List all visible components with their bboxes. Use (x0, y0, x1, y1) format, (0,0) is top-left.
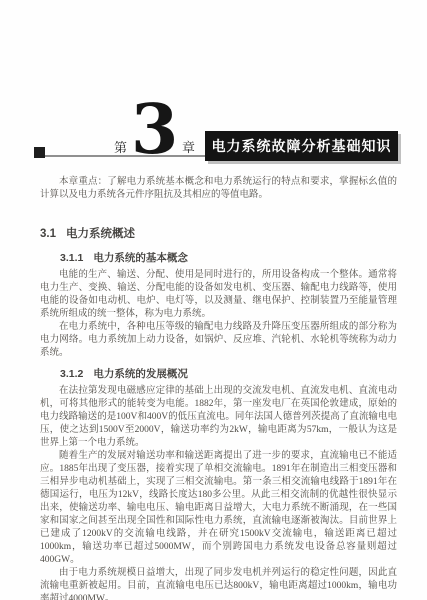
chapter-header: 第 3 章 电力系统故障分析基础知识 (0, 0, 427, 172)
chapter-title-text: 电力系统故障分析基础知识 (212, 136, 392, 156)
body-paragraph: 在法拉第发现电磁感应定律的基础上出现的交流发电机、直流发电机、直流电动机，可将其… (40, 385, 397, 450)
page-content: 本章重点：了解电力系统基本概念和电力系统运行的特点和要求，掌握标幺值的计算以及电… (40, 176, 397, 600)
book-page: 第 3 章 电力系统故障分析基础知识 本章重点：了解电力系统基本概念和电力系统运… (0, 0, 427, 600)
section-number: 3.1 (40, 228, 56, 240)
subsection-title: 电力系统的基本概念 (93, 252, 188, 264)
body-paragraph: 由于电力系统规模日益增大，出现了同步发电机并列运行的稳定性问题，因此直流输电重新… (40, 567, 397, 600)
chapter-title-banner: 电力系统故障分析基础知识 (205, 131, 398, 161)
chapter-number: 3 (131, 96, 178, 164)
body-paragraph: 在电力系统中，各种电压等级的输配电力线路及升降压变压器所组成的部分称为电力网络。… (40, 321, 397, 360)
chapter-prefix-label: 第 (114, 137, 127, 156)
subsection-number: 3.1.1 (60, 252, 83, 264)
subsection-title: 电力系统的发展概况 (93, 368, 188, 380)
corner-square-marker (34, 147, 45, 158)
chapter-summary-paragraph: 本章重点：了解电力系统基本概念和电力系统运行的特点和要求，掌握标幺值的计算以及电… (40, 176, 397, 202)
body-paragraph: 随着生产的发展对输送功率和输送距离提出了进一步的要求，直流输电已不能适应。188… (40, 450, 397, 567)
chapter-suffix-label: 章 (182, 137, 195, 156)
subsection-number: 3.1.2 (60, 368, 83, 380)
subsection-heading-3-1-1: 3.1.1电力系统的基本概念 (60, 251, 397, 265)
section-title: 电力系统概述 (66, 228, 135, 240)
section-heading-3-1: 3.1电力系统概述 (40, 227, 397, 242)
subsection-heading-3-1-2: 3.1.2电力系统的发展概况 (60, 367, 397, 381)
body-paragraph: 电能的生产、输送、分配、使用是同时进行的，所用设备构成一个整体。通常将电力生产、… (40, 269, 397, 321)
